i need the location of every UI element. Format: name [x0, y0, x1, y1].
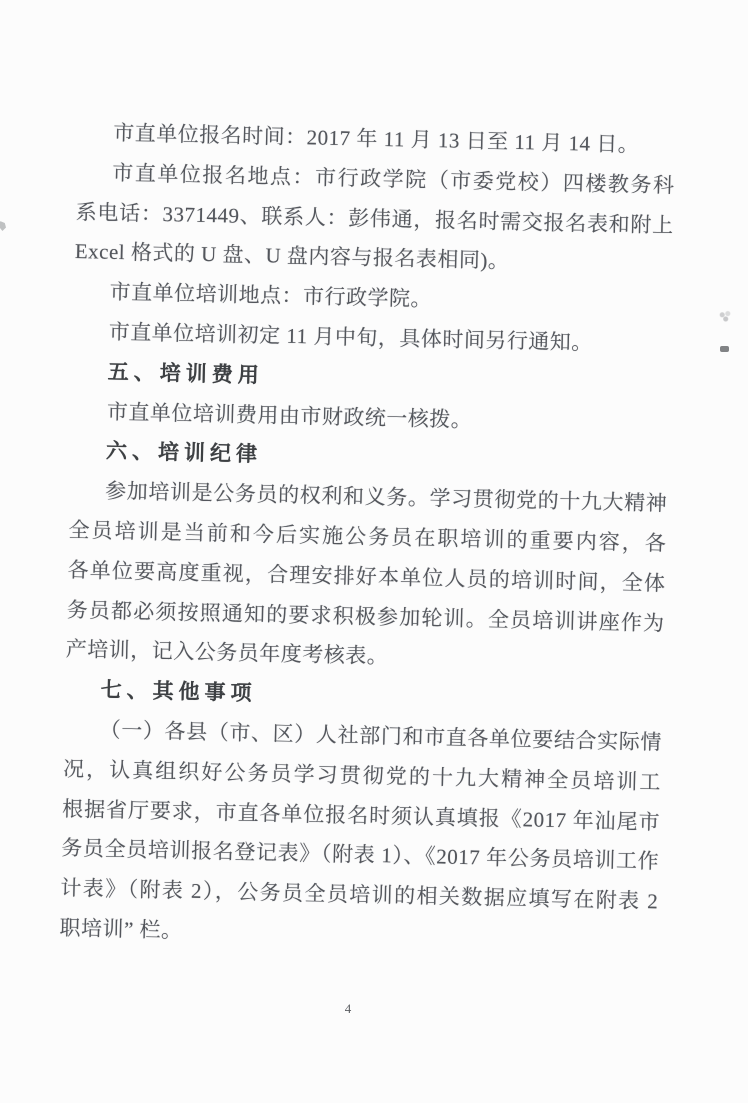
scan-artifact-left-edge — [0, 221, 6, 231]
document-body: 市直单位报名时间：2017 年 11 月 13 日至 11 月 14 日。 市直… — [59, 113, 676, 962]
document-page: 市直单位报名时间：2017 年 11 月 13 日至 11 月 14 日。 市直… — [0, 0, 748, 1103]
scan-artifact-right-faint — [718, 310, 732, 322]
scan-artifact-right-dash — [720, 346, 729, 352]
page-number: 4 — [336, 1001, 360, 1017]
